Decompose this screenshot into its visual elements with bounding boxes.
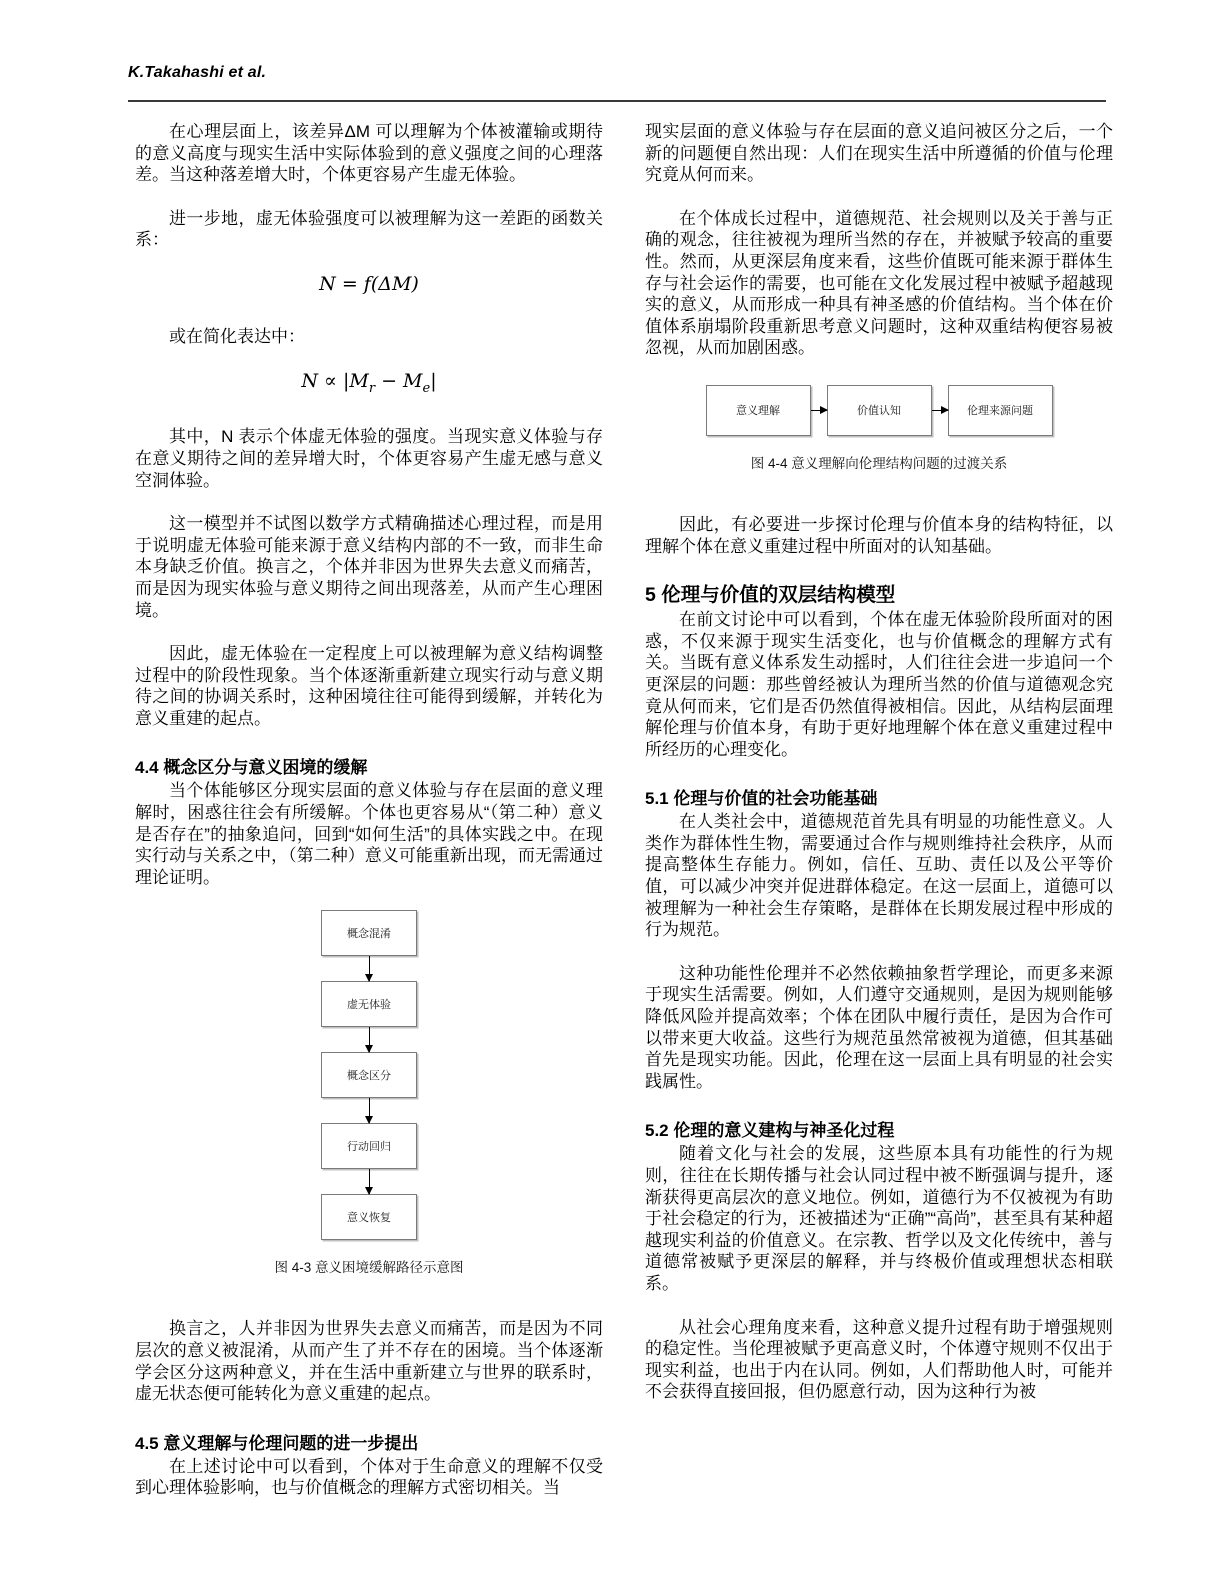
heading-5-1: 5.1 伦理与价值的社会功能基础 bbox=[645, 788, 1113, 810]
flowchart-node-concept-confusion: 概念混淆 bbox=[321, 910, 417, 956]
flowchart-node-ethics-origin-question: 伦理来源问题 bbox=[948, 385, 1053, 436]
arrow-down-icon bbox=[369, 956, 370, 981]
paragraph-simplified-expression: 或在简化表达中： bbox=[135, 326, 603, 348]
flowchart-node-meaning-recovery: 意义恢复 bbox=[321, 1194, 417, 1240]
figure-4-3: 概念混淆 虚无体验 概念区分 行动回归 意义恢复 图 4-3 意义困境缓解路径示… bbox=[135, 910, 603, 1276]
arrow-down-icon bbox=[369, 1027, 370, 1052]
arrow-down-icon bbox=[369, 1098, 370, 1123]
figure-4-3-flowchart: 概念混淆 虚无体验 概念区分 行动回归 意义恢复 bbox=[135, 910, 603, 1240]
flowchart-node-meaning-understanding: 意义理解 bbox=[706, 385, 811, 436]
formula-n-proportional: N ∝ |Mr − Me| bbox=[135, 370, 603, 396]
flowchart-node-nihilism-experience: 虚无体验 bbox=[321, 981, 417, 1027]
paragraph-function-relation: 进一步地，虚无体验强度可以被理解为这一差距的函数关系： bbox=[135, 208, 603, 251]
formula-fragment: − M bbox=[375, 370, 422, 392]
flowchart-node-concept-distinction: 概念区分 bbox=[321, 1052, 417, 1098]
figure-4-4: 意义理解 价值认知 伦理来源问题 图 4-4 意义理解向伦理结构问题的过渡关系 bbox=[645, 385, 1113, 472]
paragraph-structural-features: 因此，有必要进一步探讨伦理与价值本身的结构特征，以理解个体在意义重建过程中所面对… bbox=[645, 514, 1113, 557]
paragraph-5-1-a: 在人类社会中，道德规范首先具有明显的功能性意义。人类作为群体性生物，需要通过合作… bbox=[645, 811, 1113, 941]
paragraph-growth-process: 在个体成长过程中，道德规范、社会规则以及关于善与正确的观念，往往被视为理所当然的… bbox=[645, 208, 1113, 359]
document-page: K.Takahashi et al. 在心理层面上，该差异ΔM 可以理解为个体被… bbox=[0, 0, 1224, 1582]
paragraph-continuation: 现实层面的意义体验与存在层面的意义追问被区分之后，一个新的问题便自然出现：人们在… bbox=[645, 121, 1113, 186]
paragraph-5-2-a: 随着文化与社会的发展，这些原本具有功能性的行为规则，往往在长期传播与社会认同过程… bbox=[645, 1143, 1113, 1294]
flowchart-node-value-cognition: 价值认知 bbox=[827, 385, 932, 436]
heading-5: 5 伦理与价值的双层结构模型 bbox=[645, 583, 1113, 607]
arrow-right-icon bbox=[932, 410, 948, 411]
left-column: 在心理层面上，该差异ΔM 可以理解为个体被灌输或期待的意义高度与现实生活中实际体… bbox=[135, 121, 603, 1521]
paragraph-5-1-b: 这种功能性伦理并不必然依赖抽象哲学理论，而更多来源于现实生活需要。例如，人们遵守… bbox=[645, 963, 1113, 1093]
heading-5-2: 5.2 伦理的意义建构与神圣化过程 bbox=[645, 1120, 1113, 1142]
paragraph-psych-gap: 在心理层面上，该差异ΔM 可以理解为个体被灌输或期待的意义高度与现实生活中实际体… bbox=[135, 121, 603, 186]
paragraph-5-2-b: 从社会心理角度来看，这种意义提升过程有助于增强规则的稳定性。当伦理被赋予更高意义… bbox=[645, 1317, 1113, 1403]
paragraph-4-5: 在上述讨论中可以看到，个体对于生命意义的理解不仅受到心理体验影响，也与价值概念的… bbox=[135, 1456, 603, 1499]
running-head-authors: K.Takahashi et al. bbox=[128, 64, 266, 82]
two-column-layout: 在心理层面上，该差异ΔM 可以理解为个体被灌输或期待的意义高度与现实生活中实际体… bbox=[135, 121, 1113, 1521]
paragraph-4-4: 当个体能够区分现实层面的意义体验与存在层面的意义理解时，困惑往往会有所缓解。个体… bbox=[135, 780, 603, 888]
paragraph-in-other-words: 换言之，人并非因为世界失去意义而痛苦，而是因为不同层次的意义被混淆，从而产生了并… bbox=[135, 1318, 603, 1404]
paragraph-5-intro: 在前文讨论中可以看到，个体在虚无体验阶段所面对的困惑，不仅来源于现实生活变化，也… bbox=[645, 609, 1113, 760]
figure-4-4-caption: 图 4-4 意义理解向伦理结构问题的过渡关系 bbox=[645, 452, 1113, 472]
paragraph-model-purpose: 这一模型并不试图以数学方式精确描述心理过程，而是用于说明虚无体验可能来源于意义结… bbox=[135, 513, 603, 621]
paragraph-stage-phenomenon: 因此，虚无体验在一定程度上可以被理解为意义结构调整过程中的阶段性现象。当个体逐渐… bbox=[135, 643, 603, 729]
formula-fragment: N ∝ |M bbox=[301, 370, 368, 392]
formula-fragment: | bbox=[430, 370, 436, 392]
flowchart-node-action-return: 行动回归 bbox=[321, 1123, 417, 1169]
header-divider bbox=[128, 100, 1106, 102]
arrow-down-icon bbox=[369, 1169, 370, 1194]
heading-4-5: 4.5 意义理解与伦理问题的进一步提出 bbox=[135, 1433, 603, 1455]
formula-n-equals-f-delta-m: N = f(ΔM) bbox=[135, 273, 603, 295]
right-column: 现实层面的意义体验与存在层面的意义追问被区分之后，一个新的问题便自然出现：人们在… bbox=[645, 121, 1113, 1521]
figure-4-3-caption: 图 4-3 意义困境缓解路径示意图 bbox=[135, 1256, 603, 1276]
arrow-right-icon bbox=[811, 410, 827, 411]
heading-4-4: 4.4 概念区分与意义困境的缓解 bbox=[135, 757, 603, 779]
paragraph-n-definition: 其中，N 表示个体虚无体验的强度。当现实意义体验与存在意义期待之间的差异增大时，… bbox=[135, 426, 603, 491]
figure-4-4-flowchart: 意义理解 价值认知 伦理来源问题 bbox=[645, 385, 1113, 436]
